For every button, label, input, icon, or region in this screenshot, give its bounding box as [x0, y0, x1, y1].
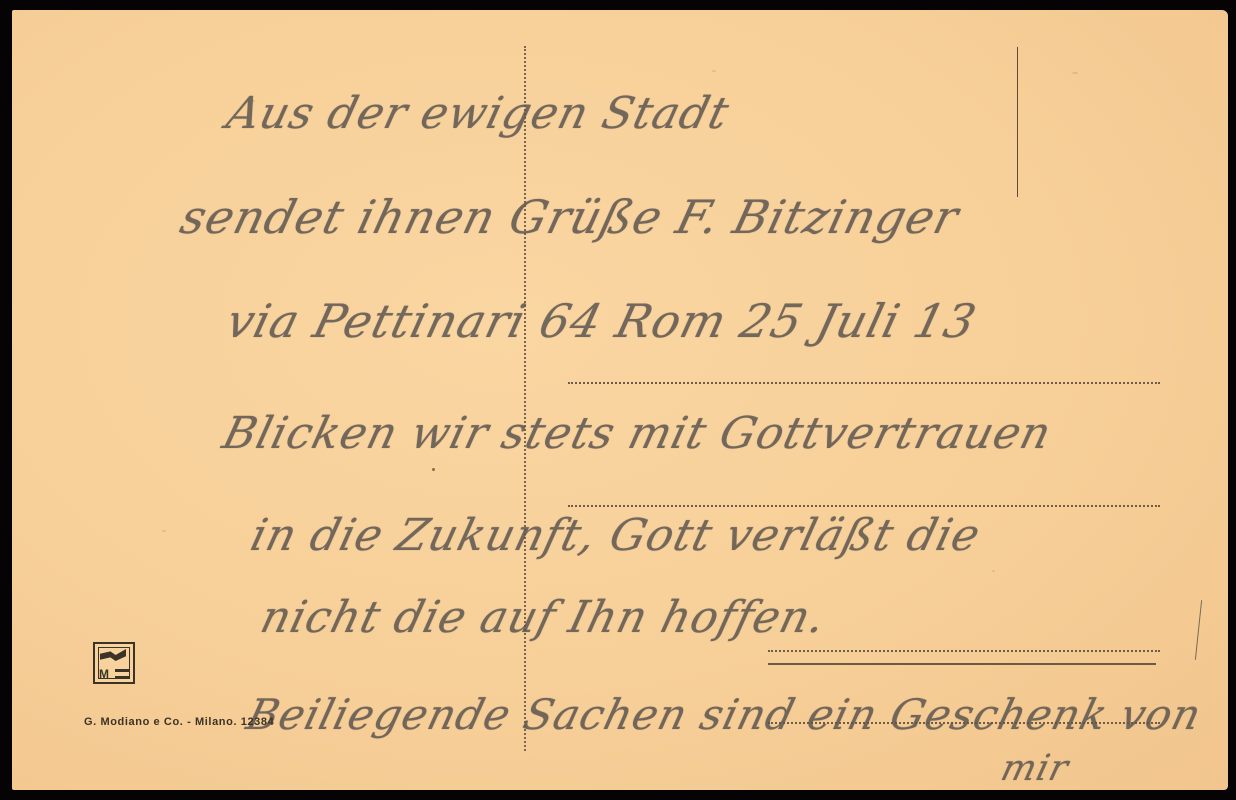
handwriting-line-3: via Pettinari 64 Rom 25 Juli 13	[221, 294, 982, 348]
paper-crease	[1195, 600, 1202, 660]
handwriting-line-2: sendet ihnen Grüße F. Bitzinger	[175, 190, 964, 244]
paper-speck	[1072, 72, 1078, 74]
handwriting-line-5: in die Zukunft, Gott verläßt die	[246, 510, 986, 561]
paper-speck	[712, 70, 716, 72]
handwriting-line-1: Aus der ewigen Stadt	[222, 88, 735, 139]
handwriting-line-7: Beiliegende Sachen sind ein Geschenk von	[242, 690, 1207, 739]
stamp-box-line	[1017, 47, 1018, 197]
postcard-back: Aus der ewigen Stadt sendet ihnen Grüße …	[12, 10, 1228, 790]
handwriting-line-8: mir	[997, 748, 1073, 789]
center-divider-dotted	[524, 46, 526, 751]
address-line-1	[568, 382, 1160, 384]
address-line-2	[568, 505, 1160, 507]
handwriting-line-6: nicht die auf Ihn hoffen.	[256, 592, 832, 643]
paper-speck	[162, 530, 166, 532]
handwriting-line-4: Blicken wir stets mit Gottvertrauen	[218, 408, 1057, 459]
address-line-3-underline	[768, 663, 1156, 665]
address-line-3	[768, 650, 1160, 652]
paper-speck	[992, 570, 995, 572]
paper-speck	[432, 468, 435, 471]
publisher-imprint: G. Modiano e Co. - Milano. 12384	[84, 716, 274, 728]
modiano-monogram-icon: M	[93, 642, 135, 684]
